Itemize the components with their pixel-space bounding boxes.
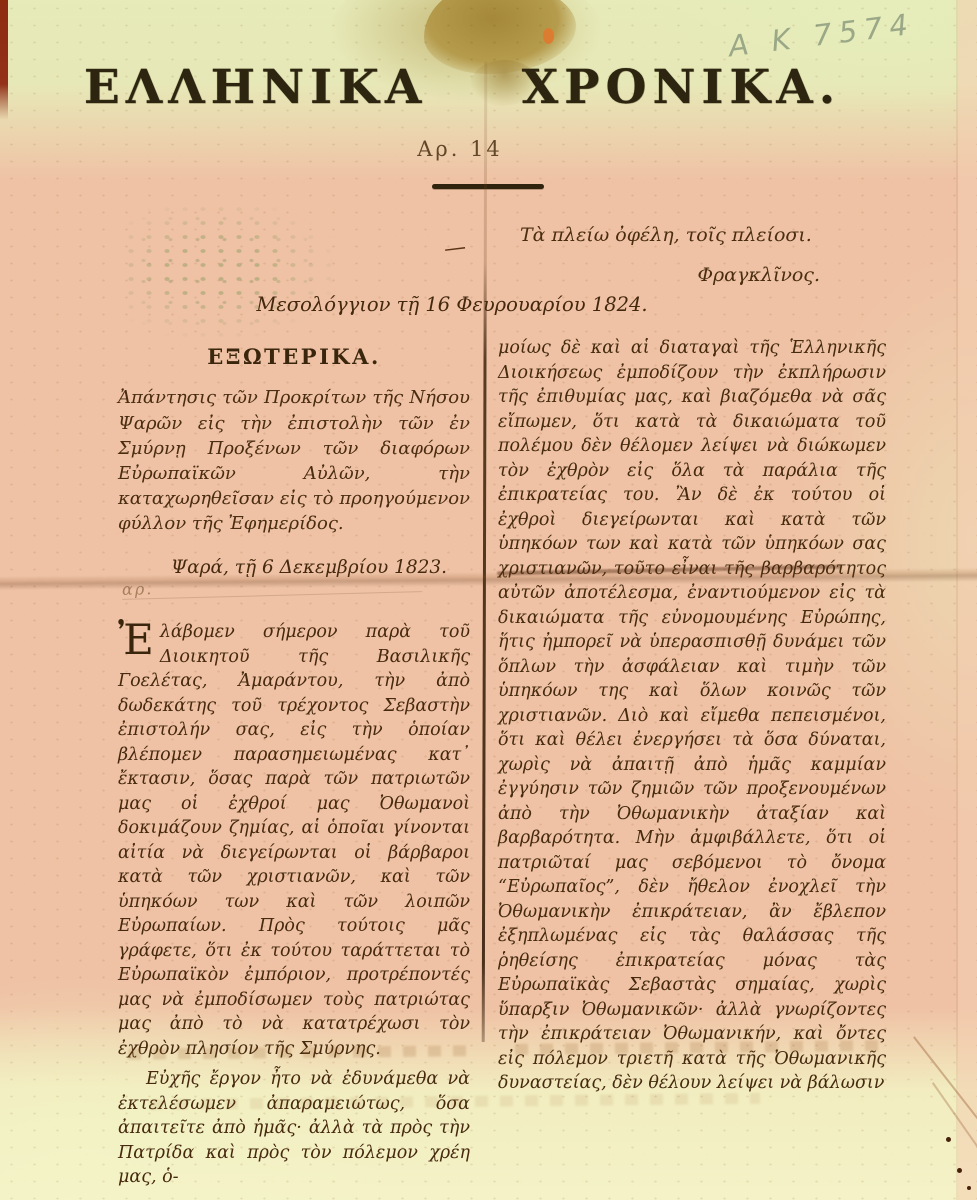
ornament-dash: — [443, 235, 466, 262]
article-lede: Ἀπάντησις τῶν Προκρίτων τῆς Νήσου Ψαρῶν … [118, 385, 470, 536]
masthead-title: ΕΛΛΗΝΙΚΑ ΧΡΟΝΙΚΑ. [0, 60, 951, 115]
masthead-rule [432, 184, 544, 189]
column-divider-rule [482, 62, 487, 1042]
newspaper-scan-page: Α Κ 7574 ΕΛΛΗΝΙΚΑ ΧΡΟΝΙΚΑ. Αρ. 14 — Τὰ π… [0, 0, 977, 1200]
ink-speck [957, 1168, 962, 1173]
issue-dateline: Μεσολόγγιον τῇ 16 Φευρουαρίου 1824. [175, 293, 687, 316]
motto-text: Τὰ πλείω ὀφέλη, τοῖς πλείοσι. [520, 224, 860, 246]
left-column: ΕΞΩΤΕΡΙΚΑ. Ἀπάντησις τῶν Προκρίτων τῆς Ν… [118, 342, 470, 1190]
issue-number: Αρ. 14 [0, 137, 920, 161]
pencil-inscription: Α Κ 7574 [727, 3, 950, 64]
right-column: μοίως δὲ καὶ αἱ διαταγαὶ τῆς Ἑλληνικῆς Δ… [498, 336, 886, 1096]
body-paragraph-1: Ἐλάβομεν σήμερον παρὰ τοῦ Διοικητοῦ τῆς … [118, 620, 470, 1061]
body-paragraph-3: μοίως δὲ καὶ αἱ διαταγαὶ τῆς Ἑλληνικῆς Δ… [498, 336, 886, 1096]
body-paragraph-2: Εὐχῆς ἔργον ἦτο νὰ ἐδυνάμεθα νὰ ἐκτελέσω… [118, 1067, 470, 1190]
motto-attribution: Φραγκλῖνος. [520, 264, 820, 286]
right-paper-edge [956, 0, 977, 1200]
body-paragraph-1-text: λάβομεν σήμερον παρὰ τοῦ Διοικητοῦ τῆς Β… [118, 622, 470, 1059]
section-heading: ΕΞΩΤΕΡΙΚΑ. [118, 342, 470, 371]
mold-speckle-patch [122, 202, 332, 337]
orange-speck [543, 28, 554, 44]
ink-speck [967, 1186, 971, 1190]
ink-speck [946, 1137, 951, 1142]
drop-cap: Ἐ [118, 620, 160, 657]
